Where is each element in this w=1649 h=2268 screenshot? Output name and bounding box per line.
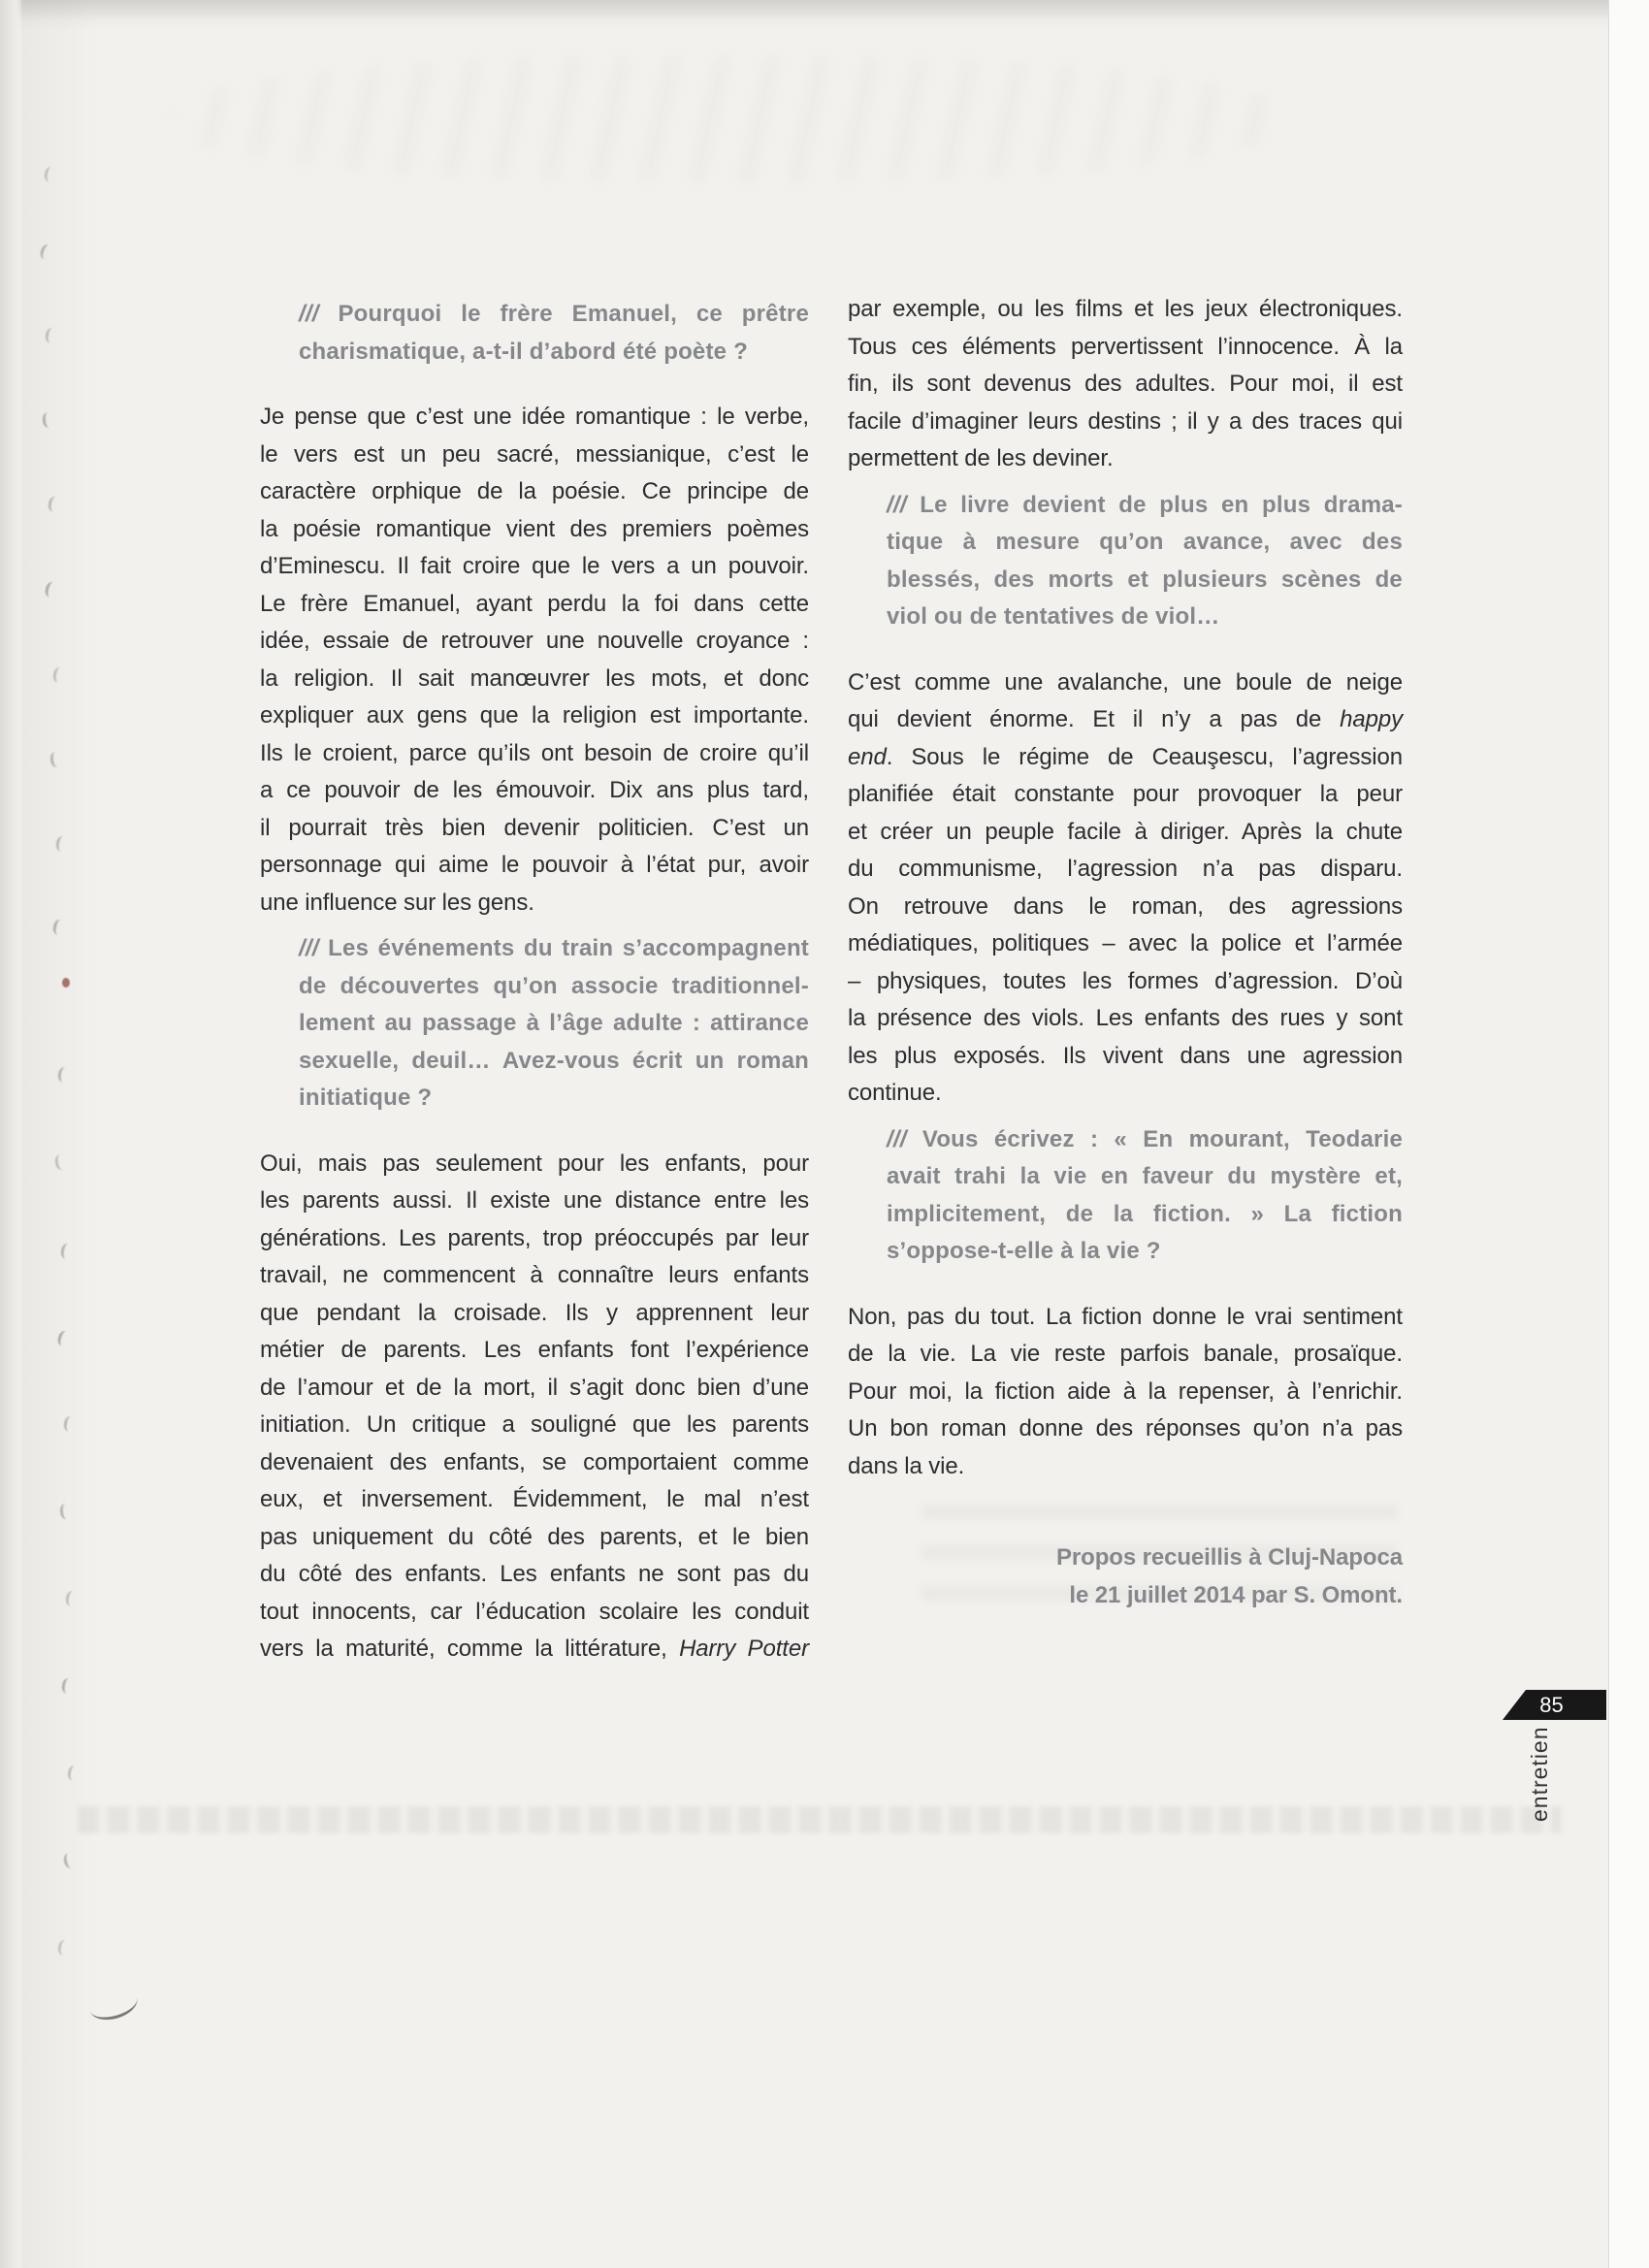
text-line: Non, pas du tout. La fiction donne le vr… [848, 1299, 1403, 1337]
right-column: par exemple, ou les films et les jeux él… [848, 291, 1403, 1614]
text-line: la poésie romantique vient des premiers … [260, 511, 809, 549]
text-line: lement au passage à l’âge adulte : attir… [299, 1005, 809, 1043]
text-line: end. Sous le régime de Ceauşescu, l’agre… [848, 739, 1403, 777]
signature-block: Propos recueillis à Cluj-Napocale 21 jui… [848, 1539, 1403, 1614]
text-line: de découvertes qu’on associe traditionne… [299, 968, 809, 1006]
text-line: dans la vie. [848, 1448, 1403, 1486]
text-line: sexuelle, deuil… Avez-vous écrit un roma… [299, 1043, 809, 1081]
text-line: Un bon roman donne des réponses qu’on n’… [848, 1410, 1403, 1448]
text-line: métier de parents. Les enfants font l’ex… [260, 1332, 809, 1370]
text-line: les plus exposés. Ils vivent dans une ag… [848, 1038, 1403, 1076]
text-line: On retrouve dans le roman, des agression… [848, 889, 1403, 926]
section-label: entretien [1525, 1726, 1554, 1823]
question-block: /// Vous écrivez : « En mourant, Teodari… [887, 1121, 1403, 1271]
scan-edge-top [0, 0, 1649, 31]
text-line: qui devient énorme. Et il n’y a pas de h… [848, 701, 1403, 739]
text-line: a ce pouvoir de les émouvoir. Dix ans pl… [260, 772, 809, 810]
text-line: Tous ces éléments pervertissent l’innoce… [848, 329, 1403, 367]
showthrough-band [78, 1806, 1562, 1833]
text-line: de la vie. La vie reste parfois banale, … [848, 1336, 1403, 1374]
text-line: vers la maturité, comme la littérature, … [260, 1631, 809, 1669]
text-line: avait trahi la vie en faveur du mystère … [887, 1158, 1403, 1196]
text-line: continue. [848, 1075, 1403, 1113]
text-line: caractère orphique de la poésie. Ce prin… [260, 473, 809, 511]
paper-spot [62, 978, 70, 988]
answer-block: Oui, mais pas seulement pour les enfants… [260, 1146, 809, 1669]
text-line: il pourrait très bien devenir politicien… [260, 810, 809, 848]
page-number: 85 [1539, 1693, 1563, 1718]
text-line: que pendant la croisade. Ils y apprennen… [260, 1295, 809, 1333]
answer-block: par exemple, ou les films et les jeux él… [848, 291, 1403, 478]
text-line: travail, ne commencent à connaître leurs… [260, 1257, 809, 1295]
answer-block: Non, pas du tout. La fiction donne le vr… [848, 1299, 1403, 1486]
text-line: tout innocents, car l’éducation scolaire… [260, 1594, 809, 1632]
text-line: générations. Les parents, trop préoccupé… [260, 1220, 809, 1258]
text-line: s’oppose-t-elle à la vie ? [887, 1233, 1403, 1271]
text-line: implicitement, de la fiction. » La ficti… [887, 1196, 1403, 1234]
text-line: planifiée était constante pour provoquer… [848, 776, 1403, 814]
text-line: charismatique, a-t-il d’abord été poète … [299, 334, 809, 372]
question-block: /// Le livre devient de plus en plus dra… [887, 487, 1403, 636]
question-block: /// Les événements du train s’accompagne… [299, 930, 809, 1118]
text-line: une influence sur les gens. [260, 885, 809, 923]
text-line: et créer un peuple facile à diriger. Apr… [848, 814, 1403, 852]
text-line: personnage qui aime le pouvoir à l’état … [260, 847, 809, 885]
text-line: Pour moi, la fiction aide à la repenser,… [848, 1374, 1403, 1411]
answer-block: Je pense que c’est une idée romantique :… [260, 399, 809, 922]
text-line: le vers est un peu sacré, messianique, c… [260, 437, 809, 474]
text-line: médiatiques, politiques – avec la police… [848, 925, 1403, 963]
text-line: la religion. Il sait manœuvrer les mots,… [260, 661, 809, 698]
text-line: Je pense que c’est une idée romantique :… [260, 399, 809, 437]
text-line: d’Eminescu. Il fait croire que le vers a… [260, 548, 809, 586]
text-line: Ils le croient, parce qu’ils ont besoin … [260, 735, 809, 773]
text-line: tique à mesure qu’on avance, avec des [887, 524, 1403, 562]
text-line: Propos recueillis à Cluj-Napoca [848, 1539, 1403, 1577]
text-line: fin, ils sont devenus des adultes. Pour … [848, 366, 1403, 404]
scan-edge-right [1608, 0, 1649, 2268]
text-line: blessés, des morts et plusieurs scènes d… [887, 562, 1403, 599]
text-line: – physiques, toutes les formes d’agressi… [848, 963, 1403, 1001]
text-line: /// Le livre devient de plus en plus dra… [887, 487, 1403, 525]
answer-block: C’est comme une avalanche, une boule de … [848, 664, 1403, 1113]
text-line: expliquer aux gens que la religion est i… [260, 697, 809, 735]
showthrough-title [170, 56, 1285, 182]
text-line: Le frère Emanuel, ayant perdu la foi dan… [260, 586, 809, 624]
text-line: facile d’imaginer leurs destins ; il y a… [848, 404, 1403, 441]
question-block: /// Pourquoi le frère Emanuel, ce prêtre… [299, 296, 809, 371]
page-number-tab: 85 [1503, 1690, 1606, 1720]
text-line: /// Pourquoi le frère Emanuel, ce prêtre [299, 296, 809, 334]
text-line: du communisme, l’agression n’a pas dispa… [848, 851, 1403, 889]
text-line: viol ou de tentatives de viol… [887, 599, 1403, 636]
text-line: eux, et inversement. Évidemment, le mal … [260, 1481, 809, 1519]
text-line: le 21 juillet 2014 par S. Omont. [848, 1577, 1403, 1615]
text-line: Oui, mais pas seulement pour les enfants… [260, 1146, 809, 1183]
text-line: C’est comme une avalanche, une boule de … [848, 664, 1403, 702]
text-line: la présence des viols. Les enfants des r… [848, 1000, 1403, 1038]
text-line: initiatique ? [299, 1080, 809, 1118]
scanned-page: /// Pourquoi le frère Emanuel, ce prêtre… [0, 0, 1649, 2268]
text-line: pas uniquement du côté des parents, et l… [260, 1519, 809, 1557]
scan-edge-left [0, 0, 23, 2268]
text-line: les parents aussi. Il existe une distanc… [260, 1183, 809, 1220]
left-column: /// Pourquoi le frère Emanuel, ce prêtre… [260, 291, 809, 1677]
text-line: initiation. Un critique a souligné que l… [260, 1407, 809, 1444]
text-line: du côté des enfants. Les enfants ne sont… [260, 1556, 809, 1594]
text-line: devenaient des enfants, se comportaient … [260, 1444, 809, 1482]
text-line: permettent de les deviner. [848, 440, 1403, 478]
text-line: /// Les événements du train s’accompagne… [299, 930, 809, 968]
text-line: /// Vous écrivez : « En mourant, Teodari… [887, 1121, 1403, 1159]
text-line: par exemple, ou les films et les jeux él… [848, 291, 1403, 329]
binding-shadow [21, 0, 99, 2268]
text-line: idée, essaie de retrouver une nouvelle c… [260, 623, 809, 661]
text-line: de l’amour et de la mort, il s’agit donc… [260, 1370, 809, 1408]
